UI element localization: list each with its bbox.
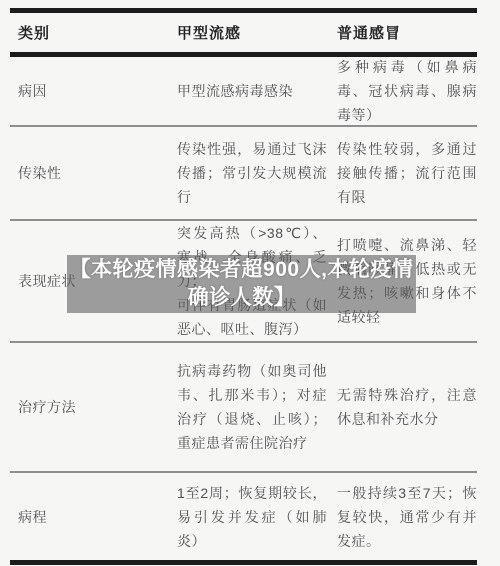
headline-line-1: 【本轮疫情感染者超900人,本轮疫情	[70, 256, 414, 284]
row-label-course: 病程	[10, 505, 177, 529]
row-cause: 病因 甲型流感病毒感染 多种病毒（如鼻病毒、冠状病毒、腺病毒等）	[10, 57, 477, 127]
row-infectivity: 传染性 传染性强，易通过飞沫传播；常引发大规模流行 传染性较弱，多通过接触传播；…	[10, 127, 477, 221]
table-header-row: 类别 甲型流感 普通感冒	[10, 13, 477, 57]
row-label-treatment: 治疗方法	[10, 395, 177, 419]
cell-cause-flu: 甲型流感病毒感染	[177, 79, 337, 103]
cell-cause-cold: 多种病毒（如鼻病毒、冠状病毒、腺病毒等）	[337, 55, 477, 127]
cell-infectivity-cold: 传染性较弱，多通过接触传播；流行范围有限	[337, 137, 477, 209]
cell-course-flu: 1至2周；恢复期较长，易引发并发症（如肺炎）	[177, 481, 337, 553]
cell-treatment-cold: 无需特殊治疗，注意休息和补充水分	[337, 383, 477, 431]
cell-infectivity-flu: 传染性强，易通过飞沫传播；常引发大规模流行	[177, 137, 337, 209]
row-label-cause: 病因	[10, 79, 177, 103]
row-course: 病程 1至2周；恢复期较长，易引发并发症（如肺炎） 一般持续3至7天；恢复较快，…	[10, 473, 477, 565]
row-label-infectivity: 传染性	[10, 161, 177, 185]
cell-course-cold: 一般持续3至7天；恢复较快，通常少有并发症。	[337, 481, 477, 553]
headline-line-2: 确诊人数】	[188, 284, 296, 312]
col-header-cold: 普通感冒	[337, 22, 477, 43]
row-treatment: 治疗方法 抗病毒药物（如奥司他韦、扎那米韦）；对症治疗（退烧、止咳）；重症患者需…	[10, 343, 477, 473]
col-header-flu: 甲型流感	[177, 22, 337, 43]
headline-overlay-banner: 【本轮疫情感染者超900人,本轮疫情 确诊人数】	[67, 255, 416, 313]
col-header-category: 类别	[10, 22, 177, 43]
cell-treatment-flu: 抗病毒药物（如奥司他韦、扎那米韦）；对症治疗（退烧、止咳）；重症患者需住院治疗	[177, 359, 337, 455]
